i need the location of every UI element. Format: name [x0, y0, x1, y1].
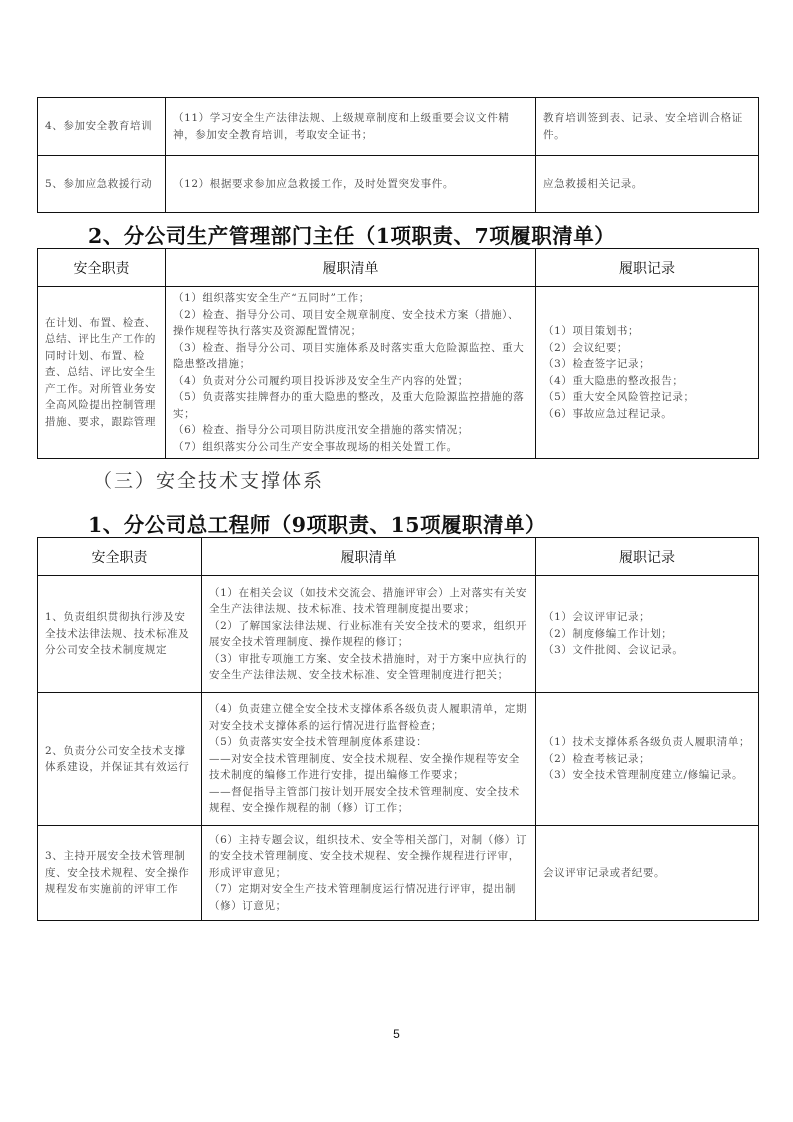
header-records: 履职记录 — [536, 538, 759, 576]
checklist-item: （5）负责落实挂牌督办的重大隐患的整改，及重大危险源监控措施的落实； — [173, 389, 528, 422]
table-continued: 4、参加安全教育培训 （11）学习安全生产法律法规、上级规章制度和上级重要会议文… — [37, 97, 759, 213]
record-item: （1）技术支撑体系各级负责人履职清单； — [543, 734, 751, 751]
record-item: （2）检查考核记录； — [543, 751, 751, 768]
records-cell: 教育培训签到表、记录、安全培训合格证件。 — [536, 98, 759, 156]
records-cell: （1）会议评审记录； （2）制度修编工作计划； （3）文件批阅、会议记录。 — [536, 576, 759, 693]
records-cell: （1）技术支撑体系各级负责人履职清单； （2）检查考核记录； （3）安全技术管理… — [536, 693, 759, 826]
table-row: 4、参加安全教育培训 （11）学习安全生产法律法规、上级规章制度和上级重要会议文… — [38, 98, 759, 156]
record-item: （4）重大隐患的整改报告； — [543, 373, 751, 390]
duty-cell: 4、参加安全教育培训 — [38, 98, 166, 156]
page-number: 5 — [0, 1027, 793, 1041]
record-item: （1）项目策划书； — [543, 323, 751, 340]
header-records: 履职记录 — [536, 249, 759, 287]
table-row: 在计划、布置、检查、总结、评比生产工作的同时计划、布置、检查、总结、评比安全生产… — [38, 287, 759, 459]
duty-cell: 在计划、布置、检查、总结、评比生产工作的同时计划、布置、检查、总结、评比安全生产… — [38, 287, 166, 459]
header-duty: 安全职责 — [38, 249, 166, 287]
record-item: （2）会议纪要； — [543, 340, 751, 357]
checklist-item: ——督促指导主管部门按计划开展安全技术管理制度、安全技术规程、安全操作规程的制（… — [209, 784, 528, 817]
checklist-item: （3）审批专项施工方案、安全技术措施时，对于方案中应执行的安全生产法律法规、安全… — [209, 651, 528, 684]
checklist-item: （11）学习安全生产法律法规、上级规章制度和上级重要会议文件精神，参加安全教育培… — [173, 110, 528, 143]
section-heading: 1、分公司总工程师（9项职责、15项履职清单） — [88, 508, 546, 538]
header-checklist: 履职清单 — [166, 249, 536, 287]
checklist-cell: （1）组织落实安全生产“五同时”工作； （2）检查、指导分公司、项目安全规章制度… — [166, 287, 536, 459]
table-header-row: 安全职责 履职清单 履职记录 — [38, 538, 759, 576]
checklist-item: （2）检查、指导分公司、项目安全规章制度、安全技术方案（措施）、操作规程等执行落… — [173, 307, 528, 340]
duty-cell: 5、参加应急救援行动 — [38, 156, 166, 213]
record-item: （5）重大安全风险管控记录； — [543, 389, 751, 406]
table-header-row: 安全职责 履职清单 履职记录 — [38, 249, 759, 287]
checklist-item: （4）负责对分公司履约项目投诉涉及安全生产内容的处置； — [173, 373, 528, 390]
section-subheading: （三）安全技术支撑体系 — [93, 466, 324, 493]
record-item: 应急救援相关记录。 — [543, 176, 751, 193]
record-item: 教育培训签到表、记录、安全培训合格证件。 — [543, 110, 751, 143]
checklist-item: （3）检查、指导分公司、项目实施体系及时落实重大危险源监控、重大隐患整改措施； — [173, 340, 528, 373]
checklist-item: （1）组织落实安全生产“五同时”工作； — [173, 290, 528, 307]
record-item: 会议评审记录或者纪要。 — [543, 865, 751, 882]
checklist-item: （12）根据要求参加应急救援工作，及时处置突发事件。 — [173, 176, 528, 193]
checklist-item: （7）定期对安全生产技术管理制度运行情况进行评审，提出制（修）订意见； — [209, 881, 528, 914]
header-duty: 安全职责 — [38, 538, 202, 576]
checklist-cell: （1）在相关会议（如技术交流会、措施评审会）上对落实有关安全生产法律法规、技术标… — [202, 576, 536, 693]
checklist-item: （7）组织落实分公司生产安全事故现场的相关处置工作。 — [173, 439, 528, 456]
checklist-item: （2）了解国家法律法规、行业标准有关安全技术的要求，组织开展安全技术管理制度、操… — [209, 618, 528, 651]
duty-cell: 2、负责分公司安全技术支撑体系建设，并保证其有效运行 — [38, 693, 202, 826]
record-item: （1）会议评审记录； — [543, 609, 751, 626]
checklist-cell: （6）主持专题会议，组织技术、安全等相关部门，对制（修）订的安全技术管理制度、安… — [202, 826, 536, 921]
chief-engineer-duty-table: 安全职责 履职清单 履职记录 1、负责组织贯彻执行涉及安全技术法律法规、技术标准… — [37, 537, 759, 921]
checklist-item: （5）负责落实安全技术管理制度体系建设： — [209, 734, 528, 751]
checklist-item: （1）在相关会议（如技术交流会、措施评审会）上对落实有关安全生产法律法规、技术标… — [209, 585, 528, 618]
duty-cell: 3、主持开展安全技术管理制度、安全技术规程、安全操作规程发布实施前的评审工作 — [38, 826, 202, 921]
checklist-cell: （11）学习安全生产法律法规、上级规章制度和上级重要会议文件精神，参加安全教育培… — [166, 98, 536, 156]
checklist-item: ——对安全技术管理制度、安全技术规程、安全操作规程等安全技术制度的编修工作进行安… — [209, 751, 528, 784]
section-heading: 2、分公司生产管理部门主任（1项职责、7项履职清单） — [88, 219, 615, 249]
production-manager-duty-table: 安全职责 履职清单 履职记录 在计划、布置、检查、总结、评比生产工作的同时计划、… — [37, 248, 759, 459]
table-row: 5、参加应急救援行动 （12）根据要求参加应急救援工作，及时处置突发事件。 应急… — [38, 156, 759, 213]
records-cell: （1）项目策划书； （2）会议纪要； （3）检查签字记录； （4）重大隐患的整改… — [536, 287, 759, 459]
record-item: （6）事故应急过程记录。 — [543, 406, 751, 423]
checklist-item: （6）检查、指导分公司项目防洪度汛安全措施的落实情况； — [173, 422, 528, 439]
record-item: （2）制度修编工作计划； — [543, 626, 751, 643]
record-item: （3）文件批阅、会议记录。 — [543, 642, 751, 659]
checklist-cell: （12）根据要求参加应急救援工作，及时处置突发事件。 — [166, 156, 536, 213]
record-item: （3）安全技术管理制度建立/修编记录。 — [543, 767, 751, 784]
duty-cell: 1、负责组织贯彻执行涉及安全技术法律法规、技术标准及分公司安全技术制度规定 — [38, 576, 202, 693]
checklist-cell: （4）负责建立健全安全技术支撑体系各级负责人履职清单，定期对安全技术支撑体系的运… — [202, 693, 536, 826]
checklist-item: （4）负责建立健全安全技术支撑体系各级负责人履职清单，定期对安全技术支撑体系的运… — [209, 701, 528, 734]
records-cell: 应急救援相关记录。 — [536, 156, 759, 213]
table-row: 3、主持开展安全技术管理制度、安全技术规程、安全操作规程发布实施前的评审工作 （… — [38, 826, 759, 921]
table-row: 2、负责分公司安全技术支撑体系建设，并保证其有效运行 （4）负责建立健全安全技术… — [38, 693, 759, 826]
table-row: 1、负责组织贯彻执行涉及安全技术法律法规、技术标准及分公司安全技术制度规定 （1… — [38, 576, 759, 693]
header-checklist: 履职清单 — [202, 538, 536, 576]
checklist-item: （6）主持专题会议，组织技术、安全等相关部门，对制（修）订的安全技术管理制度、安… — [209, 832, 528, 882]
record-item: （3）检查签字记录； — [543, 356, 751, 373]
records-cell: 会议评审记录或者纪要。 — [536, 826, 759, 921]
